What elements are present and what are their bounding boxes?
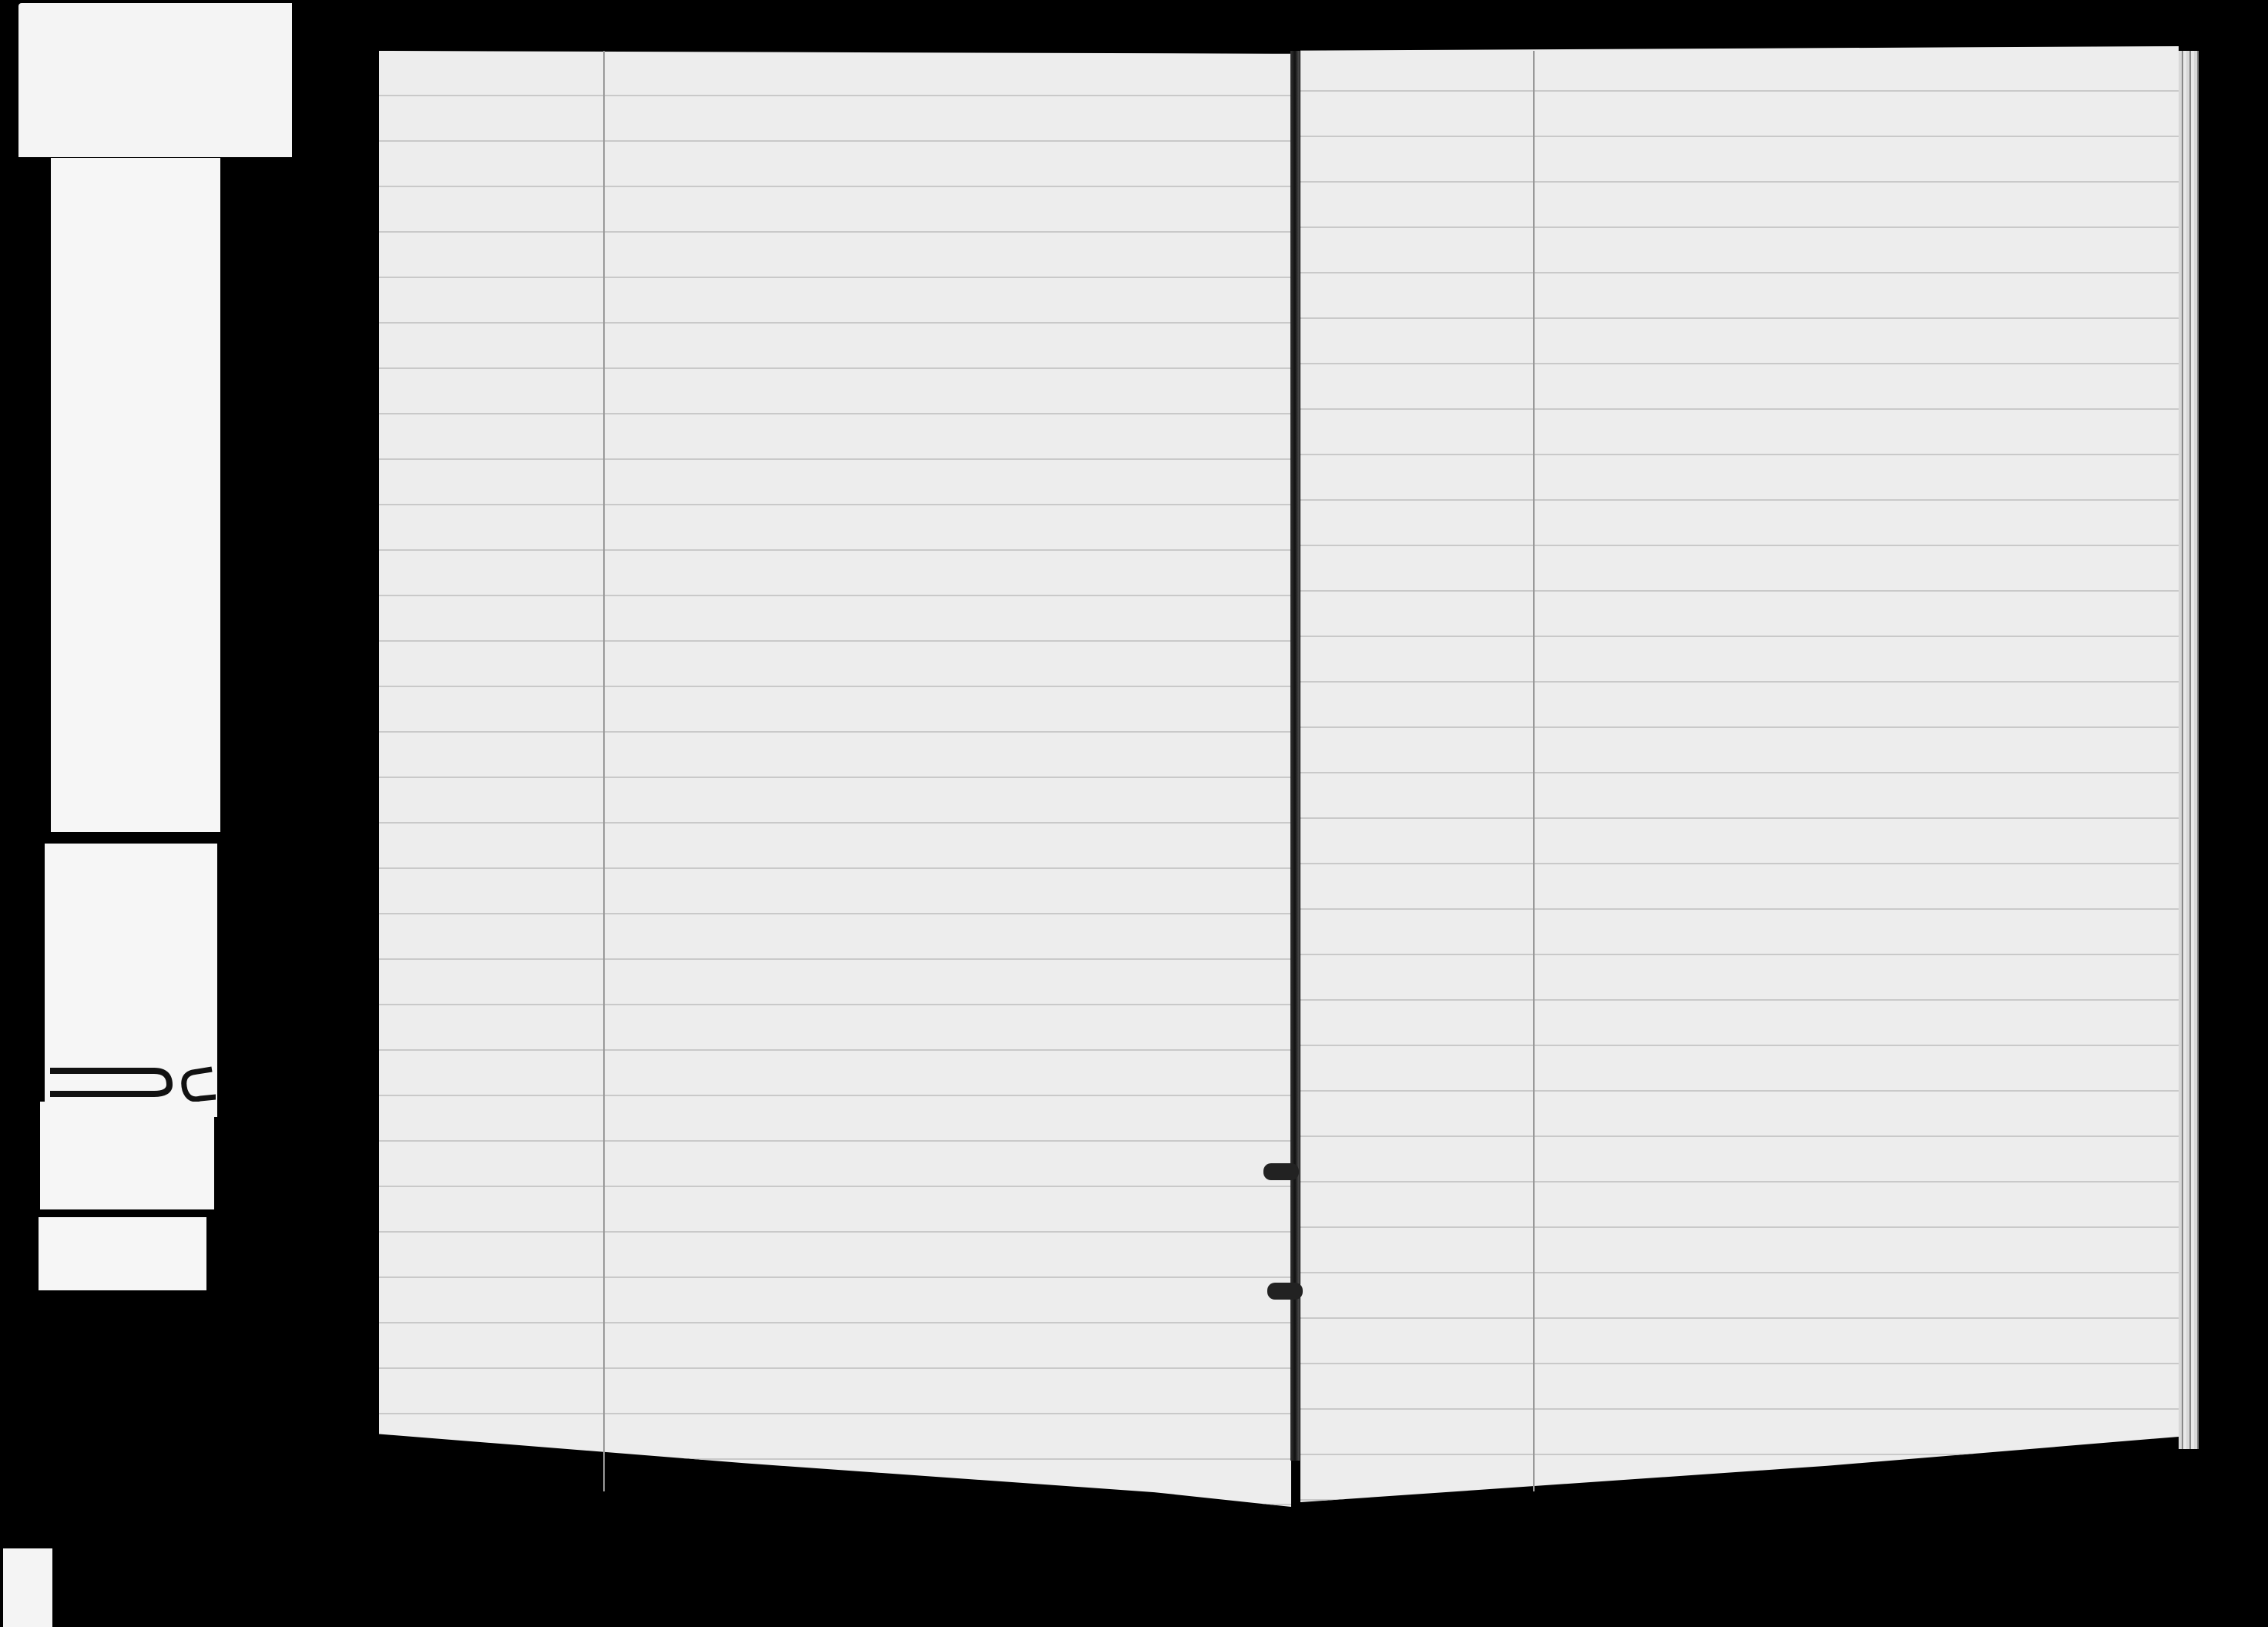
binding-clip-icon xyxy=(1263,1163,1299,1180)
location-label-strip xyxy=(51,158,220,836)
folio-header xyxy=(1787,54,1810,86)
binding-clip-icon xyxy=(1267,1283,1303,1300)
left-margin-rule xyxy=(603,51,605,1491)
right-margin-rule xyxy=(1533,51,1535,1491)
vertical-title xyxy=(51,281,220,389)
book-gutter xyxy=(1290,51,1300,1461)
left-page xyxy=(379,51,1291,1507)
label-blank-area xyxy=(40,1102,214,1209)
right-page xyxy=(1300,46,2179,1502)
label-blank-area xyxy=(39,1217,206,1290)
year-tag xyxy=(18,3,292,157)
strip-divider xyxy=(45,832,222,843)
page-edge-stack xyxy=(2179,51,2199,1449)
label-foot xyxy=(3,1548,52,1627)
